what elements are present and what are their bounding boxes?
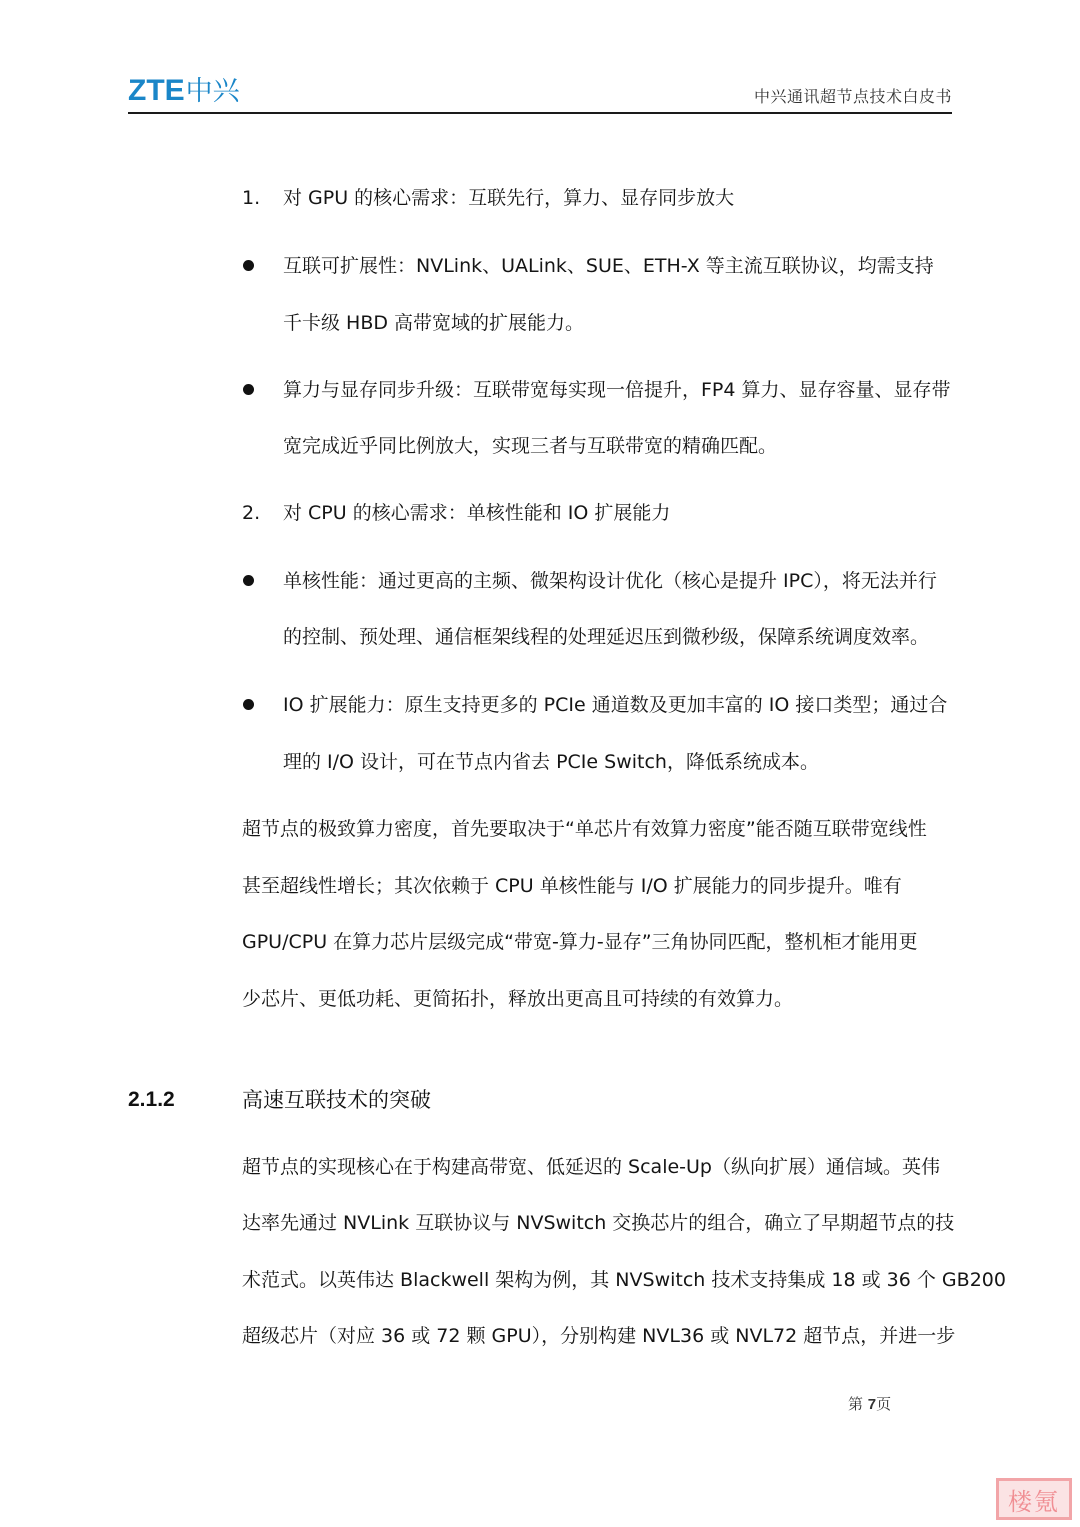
page-header: ZTE中兴 中兴通讯超节点技术白皮书 — [128, 70, 952, 114]
paragraph-line: 少芯片、更低功耗、更简拓扑，释放出更高且可持续的有效算力。 — [242, 986, 793, 1012]
zte-logo: ZTE中兴 — [128, 74, 240, 108]
bullet-dot-icon — [243, 384, 254, 395]
paragraph-line: GPU/CPU 在算力芯片层级完成“带宽-算力-显存”三角协同匹配，整机柜才能用… — [242, 929, 918, 955]
bullet-text-line: 算力与显存同步升级：互联带宽每实现一倍提升，FP4 算力、显存容量、显存带 — [283, 377, 951, 403]
paragraph-line: 超级芯片（对应 36 或 72 颗 GPU），分别构建 NVL36 或 NVL7… — [242, 1323, 955, 1349]
bullet-dot-icon — [243, 260, 254, 271]
list-number-1: 1. — [242, 185, 260, 211]
list-number-2: 2. — [242, 500, 260, 526]
paragraph-line: 甚至超线性增长；其次依赖于 CPU 单核性能与 I/O 扩展能力的同步提升。唯有 — [242, 873, 902, 899]
section-number: 2.1.2 — [128, 1086, 175, 1114]
bullet-text-line: IO 扩展能力：原生支持更多的 PCIe 通道数及更加丰富的 IO 接口类型；通… — [283, 692, 947, 718]
document-title: 中兴通讯超节点技术白皮书 — [754, 84, 952, 107]
page-prefix: 第 — [848, 1395, 863, 1413]
watermark-seal-icon: 楼氪 — [996, 1478, 1072, 1520]
paragraph-line: 超节点的实现核心在于构建高带宽、低延迟的 Scale-Up（纵向扩展）通信域。英… — [242, 1154, 940, 1180]
item1-heading: 对 GPU 的核心需求：互联先行，算力、显存同步放大 — [283, 185, 734, 211]
paragraph-line: 超节点的极致算力密度，首先要取决于“单芯片有效算力密度”能否随互联带宽线性 — [242, 816, 927, 842]
bullet-dot-icon — [243, 575, 254, 586]
bullet-text-line: 单核性能：通过更高的主频、微架构设计优化（核心是提升 IPC），将无法并行 — [283, 568, 937, 594]
header-divider — [128, 112, 952, 114]
logo-latin: ZTE — [128, 74, 185, 107]
bullet-text-line: 的控制、预处理、通信框架线程的处理延迟压到微秒级，保障系统调度效率。 — [283, 624, 929, 650]
item2-heading: 对 CPU 的核心需求：单核性能和 IO 扩展能力 — [283, 500, 670, 526]
paragraph-line: 达率先通过 NVLink 互联协议与 NVSwitch 交换芯片的组合，确立了早… — [242, 1210, 954, 1236]
page-suffix: 页 — [876, 1395, 891, 1413]
logo-cn: 中兴 — [186, 76, 240, 106]
page-number: 第 7页 — [848, 1393, 891, 1414]
bullet-text-line: 千卡级 HBD 高带宽域的扩展能力。 — [283, 310, 584, 336]
bullet-text-line: 宽完成近乎同比例放大，实现三者与互联带宽的精确匹配。 — [283, 433, 777, 459]
bullet-dot-icon — [243, 699, 254, 710]
bullet-text-line: 理的 I/O 设计，可在节点内省去 PCIe Switch，降低系统成本。 — [283, 749, 819, 775]
paragraph-line: 术范式。以英伟达 Blackwell 架构为例，其 NVSwitch 技术支持集… — [242, 1267, 1006, 1293]
page-number-value: 7 — [868, 1396, 876, 1413]
bullet-text-line: 互联可扩展性：NVLink、UALink、SUE、ETH-X 等主流互联协议，均… — [283, 253, 934, 279]
section-title: 高速互联技术的突破 — [242, 1086, 431, 1114]
